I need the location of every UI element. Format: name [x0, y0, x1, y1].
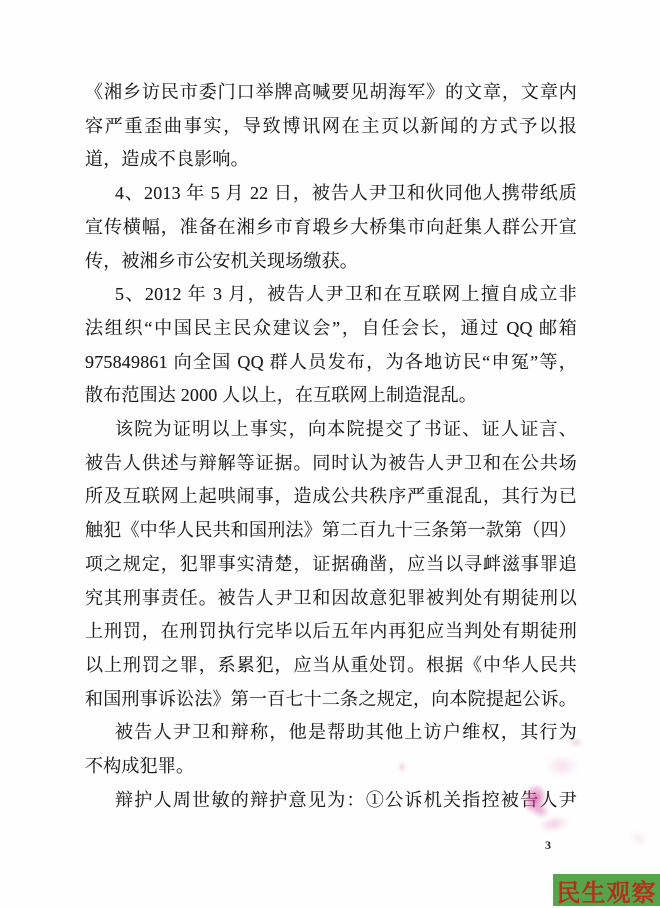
scanned-document-page: 《湘乡访民市委门口举牌高喊要见胡海军》的文章，文章内容严重歪曲事实，导致博讯网在… — [0, 0, 660, 908]
text-line: 被告人尹卫和辩称，他是帮助其他上访户维权，其行为 — [85, 716, 577, 750]
watermark-label: 民生观察 — [557, 873, 657, 908]
text-line: 道，造成不良影响。 — [85, 143, 577, 177]
ink-smudge — [628, 828, 651, 849]
watermark-badge: 民生观察 — [553, 874, 660, 906]
text-line: 被告人供述与辩解等证据。同时认为被告人尹卫和在公共场 — [85, 447, 577, 481]
text-line: 和国刑事诉讼法》第一百七十二条之规定，向本院提起公诉。 — [85, 683, 577, 717]
text-line: 宣传横幅，准备在湘乡市育塅乡大桥集市向赶集人群公开宣 — [85, 211, 577, 245]
text-line: 《湘乡访民市委门口举牌高喊要见胡海军》的文章，文章内 — [85, 76, 577, 110]
text-line: 传，被湘乡市公安机关现场缴获。 — [85, 245, 577, 279]
text-line: 辩护人周世敏的辩护意见为：①公诉机关指控被告人尹 — [85, 784, 577, 818]
text-line: 不构成犯罪。 — [85, 750, 577, 784]
text-line: 触犯《中华人民共和国刑法》第二百九十三条第一款第（四） — [85, 514, 577, 548]
page-number: 3 — [545, 838, 551, 853]
text-line: 上刑罚，在刑罚执行完毕以后五年内再犯应当判处有期徒刑 — [85, 615, 577, 649]
text-line: 该院为证明以上事实，向本院提交了书证、证人证言、 — [85, 413, 577, 447]
text-line: 4、2013 年 5 月 22 日，被告人尹卫和伙同他人携带纸质 — [85, 177, 577, 211]
text-line: 975849861 向全国 QQ 群人员发布，为各地访民“申冤”等， — [85, 346, 577, 380]
document-body: 《湘乡访民市委门口举牌高喊要见胡海军》的文章，文章内容严重歪曲事实，导致博讯网在… — [85, 76, 577, 817]
text-line: 所及互联网上起哄闹事，造成公共秩序严重混乱，其行为已 — [85, 480, 577, 514]
text-line: 散布范围达 2000 人以上，在互联网上制造混乱。 — [85, 379, 577, 413]
text-line: 以上刑罚之罪，系累犯，应当从重处罚。根据《中华人民共 — [85, 649, 577, 683]
text-line: 法组织“中国民主民众建议会”，自任会长，通过 QQ 邮箱 — [85, 312, 577, 346]
text-line: 究其刑事责任。被告人尹卫和因故意犯罪被判处有期徒刑以 — [85, 582, 577, 616]
text-line: 项之规定，犯罪事实清楚，证据确凿，应当以寻衅滋事罪追 — [85, 548, 577, 582]
text-line: 5、2012 年 3 月，被告人尹卫和在互联网上擅自成立非 — [85, 278, 577, 312]
text-line: 容严重歪曲事实，导致博讯网在主页以新闻的方式予以报 — [85, 110, 577, 144]
